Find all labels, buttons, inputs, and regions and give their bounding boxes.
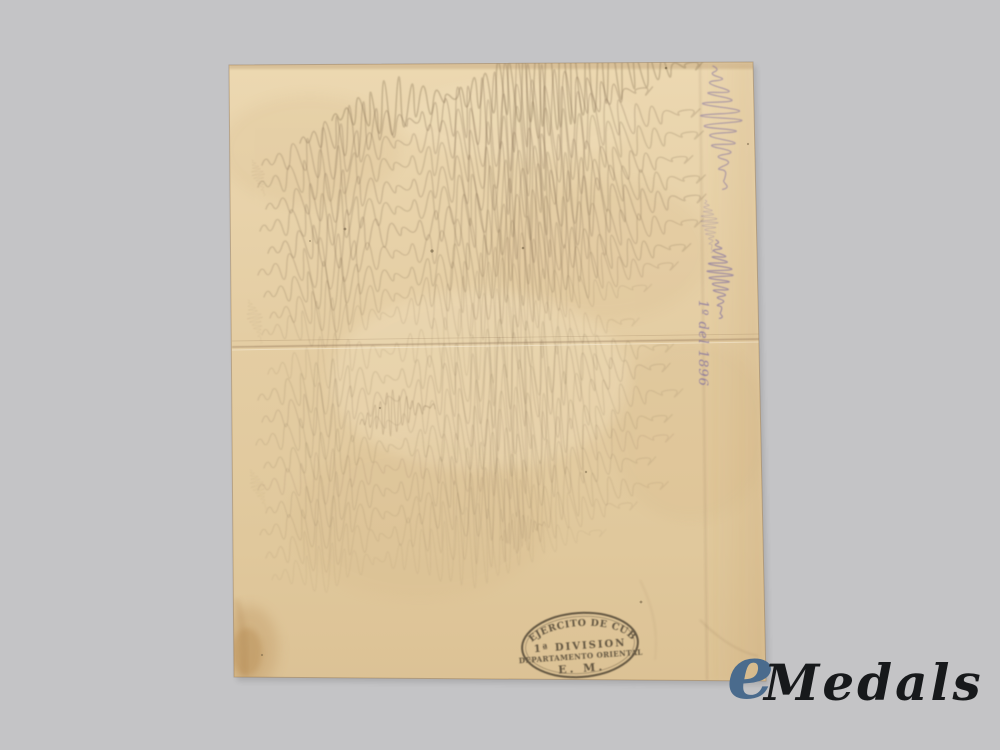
photo-canvas: 1º del 1896 EJERCITO DE CUBA 1ª DIVISION…	[0, 0, 1000, 750]
decor-circle	[261, 654, 263, 656]
decor-circle	[522, 247, 525, 250]
decor-circle	[430, 249, 433, 252]
paper-sheet: 1º del 1896 EJERCITO DE CUBA 1ª DIVISION…	[0, 0, 770, 718]
annotation-date-text: 1º del 1896	[695, 300, 710, 387]
decor-circle	[379, 407, 381, 409]
decor-circle	[640, 601, 643, 604]
decor-circle	[344, 228, 347, 231]
decor-circle	[585, 471, 587, 473]
decor-ellipse	[232, 628, 262, 676]
decor-circle	[309, 240, 311, 242]
document-photo: 1º del 1896 EJERCITO DE CUBA 1ª DIVISION…	[0, 0, 1000, 750]
decor-circle	[747, 143, 749, 145]
decor-ellipse	[330, 290, 630, 470]
decor-circle	[665, 67, 668, 70]
